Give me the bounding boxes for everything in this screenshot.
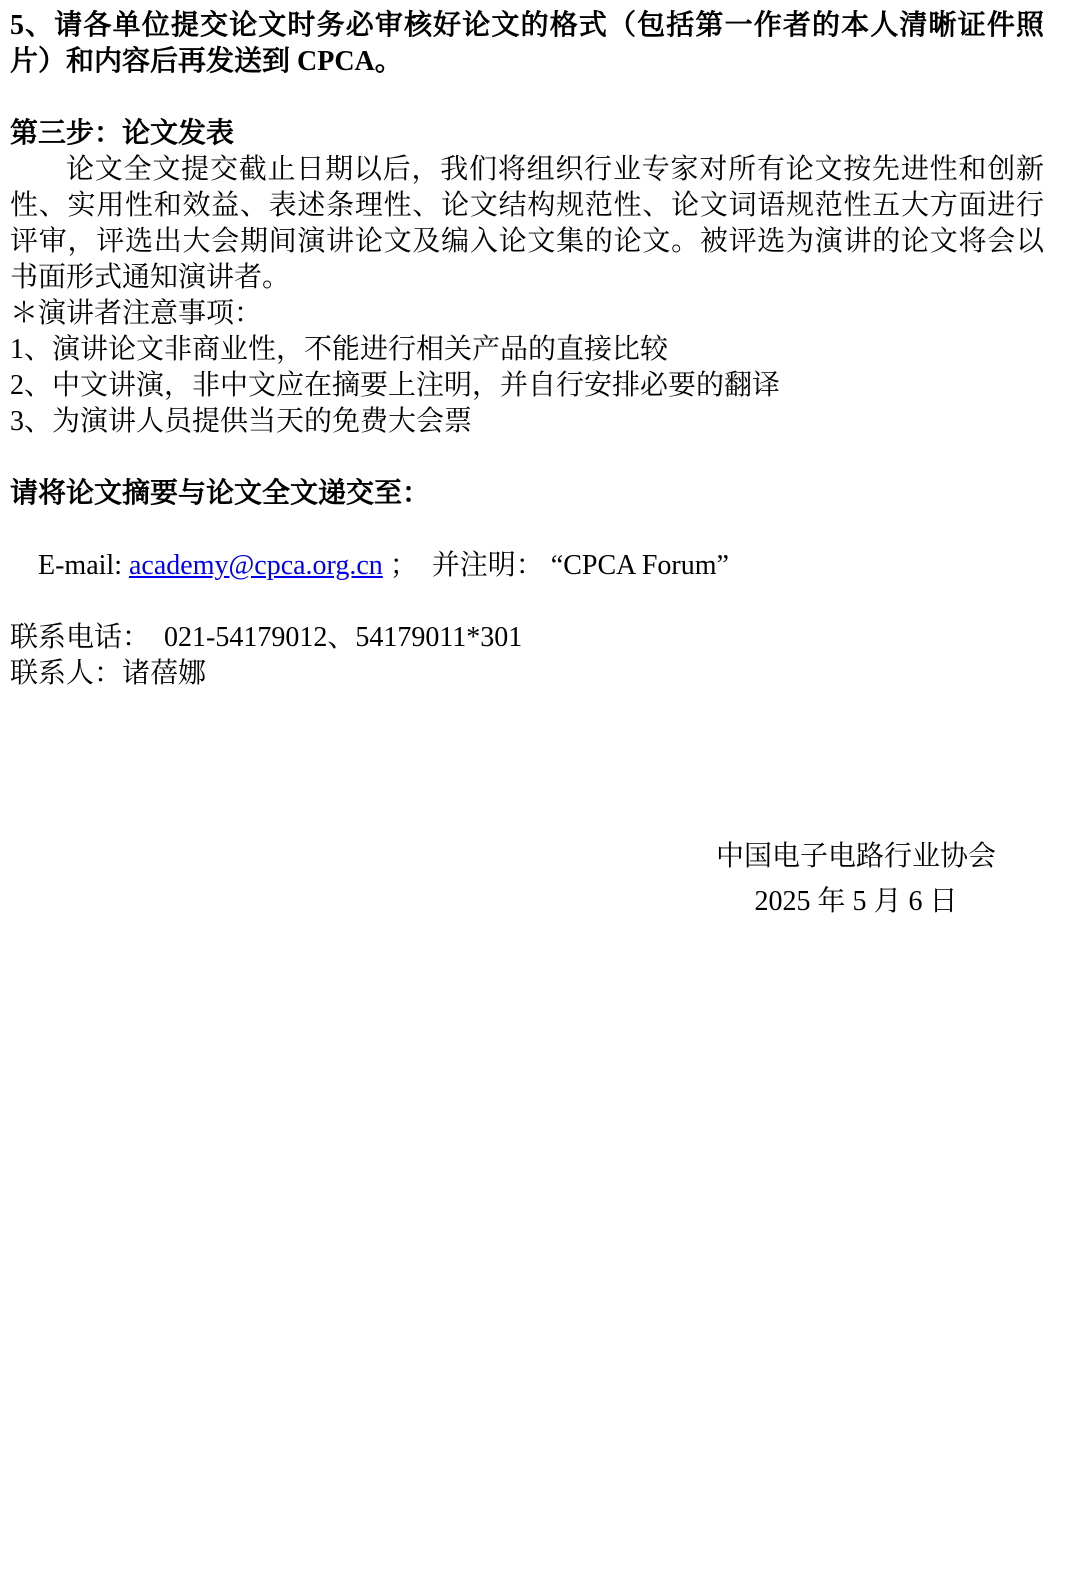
signature-date: 2025 年 5 月 6 日	[716, 879, 996, 924]
spacer	[10, 440, 1044, 476]
step3-paragraph: 论文全文提交截止日期以后，我们将组织行业专家对所有论文按先进性和创新性、实用性和…	[10, 152, 1044, 296]
signature-block: 中国电子电路行业协会 2025 年 5 月 6 日	[716, 834, 996, 924]
submission-heading: 请将论文摘要与论文全文递交至：	[10, 476, 1044, 512]
email-line: E-mail: academy@cpca.org.cn ； 并注明： “CPCA…	[10, 512, 1044, 620]
speaker-notes-title: ＊演讲者注意事项：	[10, 296, 1044, 332]
notice-item-5: 5、请各单位提交论文时务必审核好论文的格式（包括第一作者的本人清晰证件照片）和内…	[10, 8, 1044, 80]
contact-person-line: 联系人：诸蓓娜	[10, 656, 1044, 692]
contact-phone-line: 联系电话： 021-54179012、54179011*301	[10, 620, 1044, 656]
email-note: ； 并注明： “CPCA Forum”	[383, 550, 729, 581]
speaker-note-item-3: 3、为演讲人员提供当天的免费大会票	[10, 404, 1044, 440]
signature-organization: 中国电子电路行业协会	[716, 834, 996, 879]
email-link[interactable]: academy@cpca.org.cn	[129, 550, 383, 581]
speaker-note-item-1: 1、演讲论文非商业性，不能进行相关产品的直接比较	[10, 332, 1044, 368]
spacer	[10, 80, 1044, 116]
document-page: 5、请各单位提交论文时务必审核好论文的格式（包括第一作者的本人清晰证件照片）和内…	[0, 0, 1080, 1577]
step3-heading: 第三步：论文发表	[10, 116, 1044, 152]
spacer	[10, 692, 1044, 834]
speaker-notes-list: 1、演讲论文非商业性，不能进行相关产品的直接比较 2、中文讲演，非中文应在摘要上…	[10, 332, 1044, 440]
speaker-note-item-2: 2、中文讲演，非中文应在摘要上注明，并自行安排必要的翻译	[10, 368, 1044, 404]
email-label: E-mail:	[38, 550, 129, 581]
